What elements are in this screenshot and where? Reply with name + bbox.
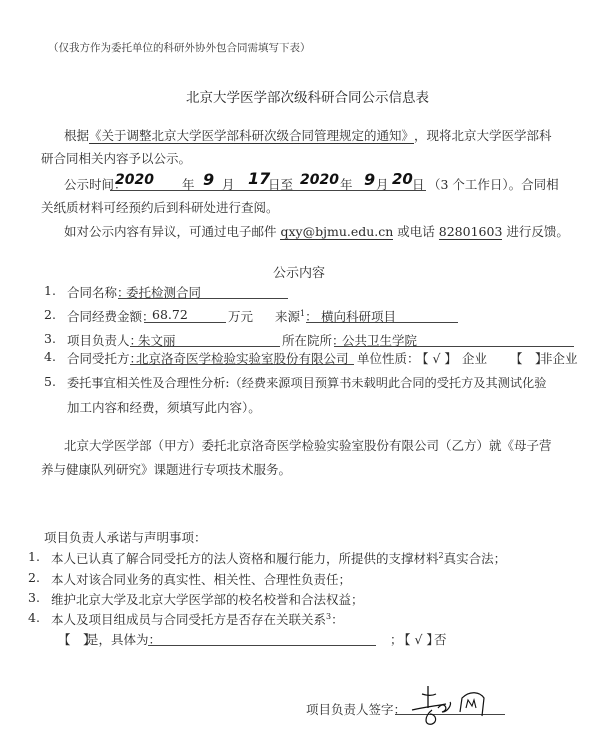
item-3-number: 3. xyxy=(44,331,56,346)
contract-name-underline xyxy=(118,298,288,299)
start-day-value[interactable]: 17 xyxy=(248,169,270,188)
declaration-title: 项目负责人承诺与声明事项： xyxy=(44,528,207,546)
analysis-line2[interactable]: 养与健康队列研究》课题进行专项技术服务。 xyxy=(41,460,291,478)
handwritten-signature-icon xyxy=(410,682,500,728)
declaration-4-number: 4. xyxy=(28,610,40,625)
header-note: （仅我方作为委托单位的科研外协外包合同需填写下表） xyxy=(48,40,311,55)
declaration-1-text: 本人已认真了解合同受托方的法人资格和履行能力，所提供的支撑材料2真实合法； xyxy=(51,549,506,567)
declaration-4-text: 本人及项目组成员与合同受托方是否存在关联关系3： xyxy=(51,610,344,628)
amount-unit: 万元 xyxy=(228,307,253,325)
end-day-value[interactable]: 20 xyxy=(392,170,413,188)
signature-label: 项目负责人签字： xyxy=(306,700,406,718)
item-5-line2: 加工内容和经费，须填写此内容）。 xyxy=(67,398,261,416)
start-year-value[interactable]: 2020 xyxy=(115,172,154,188)
department-underline xyxy=(334,346,574,347)
start-month-value[interactable]: 9 xyxy=(203,170,214,189)
publicity-end-underline xyxy=(300,190,426,191)
publicity-tail: （3 个工作日）。合同相 xyxy=(428,175,559,193)
year-label: 年 xyxy=(182,175,195,193)
relation-detail-input[interactable] xyxy=(148,645,376,646)
project-leader-underline xyxy=(130,346,280,347)
declaration-2-number: 2. xyxy=(28,570,40,585)
relation-no-label: 否 xyxy=(434,630,447,648)
month-label: 月 xyxy=(222,175,235,193)
end-year-value[interactable]: 2020 xyxy=(300,172,339,188)
item-5-line1: 委托事宜相关性及合理性分析:（经费来源项目预算书未载明此合同的受托方及其测试化验 xyxy=(67,374,546,391)
item-2-label: 合同经费金额： xyxy=(67,307,155,325)
contract-amount-underline xyxy=(144,322,226,323)
intro-line2: 研合同相关内容予以公示。 xyxy=(41,149,191,167)
relation-no-checkbox[interactable]: 【 √ 】 xyxy=(398,630,439,648)
contract-amount-value[interactable]: 68.72 xyxy=(152,307,188,322)
page-title: 北京大学医学部次级科研合同公示信息表 xyxy=(186,86,429,106)
feedback-line: 如对公示内容有异议，可通过电子邮件 qxy@bjmu.edu.cn 或电话 82… xyxy=(64,222,569,240)
feedback-email-link[interactable]: qxy@bjmu.edu.cn xyxy=(280,225,393,240)
analysis-line1[interactable]: 北京大学医学部（甲方）委托北京洛奇医学检验实验室股份有限公司（乙方）就《母子营 xyxy=(64,436,552,454)
declaration-2-text: 本人对该合同业务的真实性、相关性、合理性负责任； xyxy=(51,570,351,588)
feedback-phone[interactable]: 82801603 xyxy=(439,225,503,240)
end-month-value[interactable]: 9 xyxy=(364,170,375,189)
enterprise-checkbox[interactable]: 【 √ 】 xyxy=(416,349,457,367)
feedback-suffix: 进行反馈。 xyxy=(502,224,568,239)
publicity-line2: 关纸质材料可经预约后到科研处进行查阅。 xyxy=(41,198,279,216)
declaration-3-number: 3. xyxy=(28,590,40,605)
item-4-number: 4. xyxy=(44,349,56,364)
notice-link[interactable]: 《关于调整北京大学医学部科研次级合同管理规定的通知》 xyxy=(89,129,414,144)
funding-source-underline xyxy=(306,322,458,323)
item-1-number: 1. xyxy=(44,283,56,298)
item-2-number: 2. xyxy=(44,307,56,322)
day-to-label: 日至 xyxy=(268,175,293,193)
enterprise-label: 企业 xyxy=(462,349,487,367)
intro-suffix: ，现将北京大学医学部科 xyxy=(414,128,552,143)
feedback-middle: 或电话 xyxy=(393,224,438,239)
intro-prefix: 根据 xyxy=(64,128,89,143)
feedback-prefix: 如对公示内容有异议，可通过电子邮件 xyxy=(64,224,280,239)
item-5-number: 5. xyxy=(44,374,56,389)
declaration-3-text: 维护北京大学及北京大学医学部的校名校誉和合法权益； xyxy=(51,590,364,608)
non-enterprise-label: 非企业 xyxy=(540,349,578,367)
entity-nature-label: 单位性质： xyxy=(357,349,420,367)
intro-line1: 根据《关于调整北京大学医学部科研次级合同管理规定的通知》，现将北京大学医学部科 xyxy=(64,126,552,144)
section-title: 公示内容 xyxy=(273,262,325,281)
contractor-underline xyxy=(130,364,354,365)
declaration-1-number: 1. xyxy=(28,549,40,564)
